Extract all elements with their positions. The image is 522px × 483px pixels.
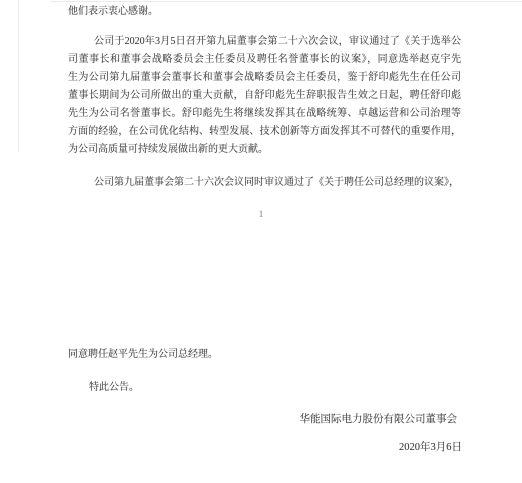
paragraph-line: 生为公司第九届董事会董事长和董事会战略委员会主任委员，鉴于舒印彪先生在任公司 [68,69,461,87]
closing-thanks-line: 他们表示衷心感谢。 [68,3,158,21]
paragraph-line: 先生为公司名誉董事长。舒印彪先生将继续发挥其在战略统筹、卓越运营和公司治理等 [68,105,461,123]
paragraph-line: 方面的经验，在公司优化结构、转型发展、技术创新等方面发挥其不可替代的重要作用， [68,123,461,141]
gm-appointment-motion-line: 公司第九届董事会第二十六次会议同时审议通过了《关于聘任公司总经理的议案》， [68,174,459,192]
announcement-document-page: 他们表示衷心感谢。 公司于2020年3月5日召开第九届董事会第二十六次会议，审议… [0,0,522,483]
page-number: 1 [0,208,522,220]
closing-notice-line: 特此公告。 [68,379,139,397]
paragraph-line: 司董事长和董事会战略委员会主任委员及聘任名誉董事长的议案》，同意选举赵克宇先 [68,51,461,69]
scan-artifact-left-edge [18,0,19,152]
gm-agreement-line: 同意聘任赵平先生为公司总经理。 [68,346,218,364]
board-meeting-election-paragraph: 公司于2020年3月5日召开第九届董事会第二十六次会议，审议通过了《关于选举公 … [68,33,461,159]
paragraph-line: 公司于2020年3月5日召开第九届董事会第二十六次会议，审议通过了《关于选举公 [68,33,461,51]
paragraph-line: 为公司高质量可持续发展做出新的更大贡献。 [68,141,461,159]
signature-company-board: 华能国际电力股份有限公司董事会 [300,411,458,429]
paragraph-line: 董事长期间为公司所做出的重大贡献，自舒印彪先生辞职报告生效之日起，聘任舒印彪 [68,87,461,105]
scan-artifact-top-edge [50,1,522,2]
signature-date: 2020年3月6日 [399,439,462,457]
